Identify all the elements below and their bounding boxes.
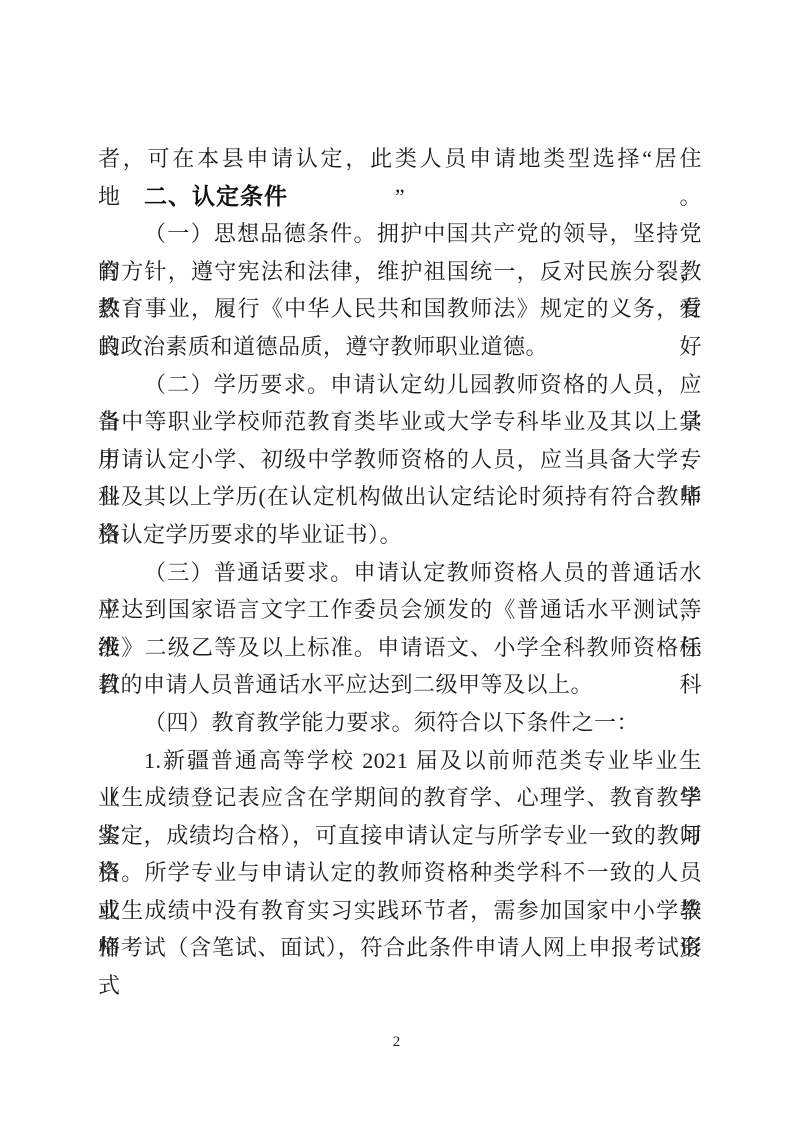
text-line: （二）学历要求。申请认定幼儿园教师资格的人员，应当具 <box>98 366 702 404</box>
text-line: （三）普通话要求。申请认定教师资格人员的普通话水平， <box>98 554 702 592</box>
text-line: 1.新疆普通高等学校 2021 届及以前师范类专业毕业生（毕 <box>98 742 702 780</box>
page-number: 2 <box>0 1034 793 1051</box>
text-line: 备中等职业学校师范教育类毕业或大学专科毕业及其以上学历； <box>98 403 702 441</box>
text-line: 教育事业，履行《中华人民共和国教师法》规定的义务，有良好 <box>98 290 702 328</box>
text-line: 应达到国家语言文字工作委员会颁发的《普通话水平测试等级标 <box>98 591 702 629</box>
text-line: 者，可在本县申请认定，此类人员申请地类型选择“居住地”。 <box>98 140 702 178</box>
text-line: 申请认定小学、初级中学教师资格的人员，应当具备大学专科毕 <box>98 441 702 479</box>
text-line: 格考试（含笔试、面试），符合此条件申请人网上申报考试形式 <box>98 929 702 967</box>
text-line: 准》二级乙等及以上标准。申请语文、小学全科教师资格任教科 <box>98 629 702 667</box>
text-line: 鉴定，成绩均合格），可直接申请认定与所学专业一致的教师资 <box>98 817 702 855</box>
text-line: （四）教育教学能力要求。须符合以下条件之一： <box>98 704 702 742</box>
text-line: （一）思想品德条件。拥护中国共产党的领导，坚持党的教 <box>98 215 702 253</box>
text-line: 育方针，遵守宪法和法律，维护祖国统一，反对民族分裂，热爱 <box>98 253 702 291</box>
text-line: 格认定学历要求的毕业证书）。 <box>98 516 702 554</box>
text-line: 业生成绩登记表应含在学期间的教育学、心理学、教育教学实习 <box>98 779 702 817</box>
document-content: 者，可在本县申请认定，此类人员申请地类型选择“居住地”。二、认定条件（一）思想品… <box>98 140 702 967</box>
document-page: 者，可在本县申请认定，此类人员申请地类型选择“居住地”。二、认定条件（一）思想品… <box>0 0 793 1122</box>
text-line: 业及其以上学历(在认定机构做出认定结论时须持有符合教师资 <box>98 478 702 516</box>
text-line: 业生成绩中没有教育实习实践环节者，需参加国家中小学教师资 <box>98 892 702 930</box>
text-line: 格。所学专业与申请认定的教师资格种类学科不一致的人员或毕 <box>98 854 702 892</box>
